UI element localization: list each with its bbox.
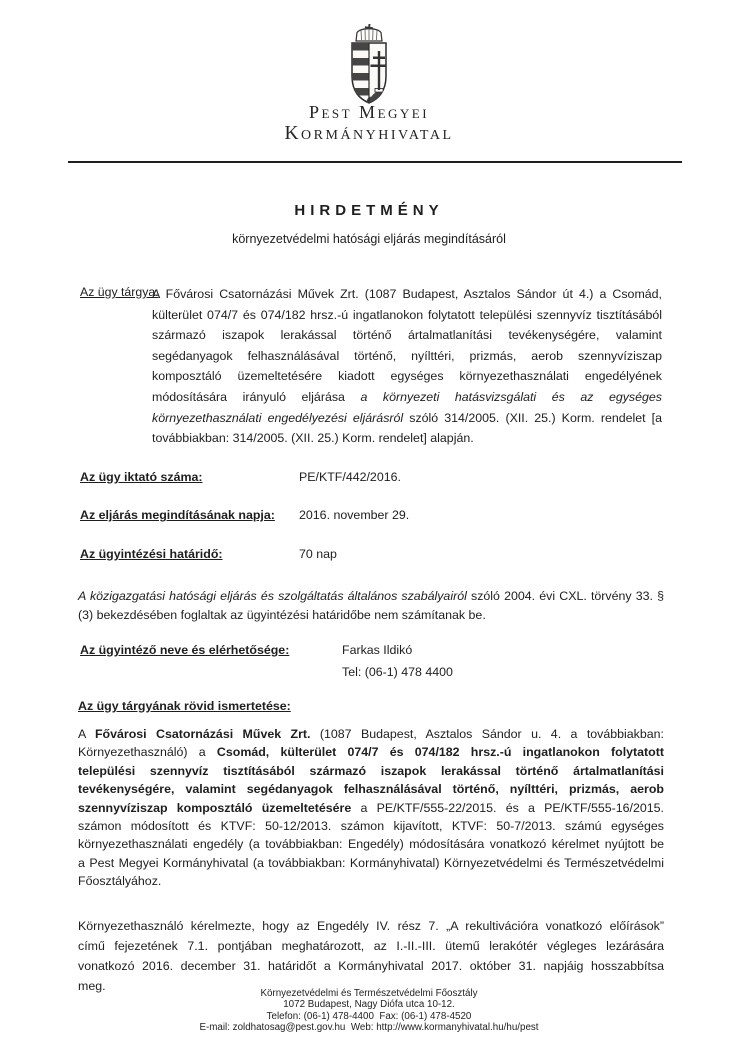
case-officer-label: Az ügyintéző neve és elérhetősége: bbox=[80, 643, 289, 657]
document-page: Pest Megyei Kormányhivatal HIRDETMÉNY kö… bbox=[0, 0, 738, 1044]
registry-row-deadline: Az ügyintézési határidő: 70 nap bbox=[80, 547, 662, 567]
registry-value-deadline: 70 nap bbox=[299, 547, 337, 561]
header-divider bbox=[68, 161, 682, 163]
footer-email-web: E-mail: zoldhatosag@pest.gov.hu Web: htt… bbox=[0, 1022, 738, 1033]
notice-title: HIRDETMÉNY bbox=[0, 202, 738, 219]
registry-value-start-date: 2016. november 29. bbox=[299, 508, 409, 522]
footer-department: Környezetvédelmi és Természetvédelmi Főo… bbox=[0, 988, 738, 999]
footer-address: 1072 Budapest, Nagy Diófa utca 10-12. bbox=[0, 999, 738, 1010]
registry-row-start-date: Az eljárás megindításának napja: 2016. n… bbox=[80, 508, 662, 528]
law-note-paragraph: A közigazgatási hatósági eljárás és szol… bbox=[78, 587, 664, 624]
footer-phone-fax: Telefon: (06-1) 478-4400 Fax: (06-1) 478… bbox=[0, 1011, 738, 1022]
footer-contact-block: Környezetvédelmi és Természetvédelmi Főo… bbox=[0, 988, 738, 1034]
hungarian-coat-of-arms-emblem bbox=[342, 24, 396, 106]
registry-label-deadline: Az ügyintézési határidő: bbox=[80, 547, 223, 561]
notice-subtitle: környezetvédelmi hatósági eljárás megind… bbox=[0, 232, 738, 246]
summary-paragraph-1: A Fővárosi Csatornázási Művek Zrt. (1087… bbox=[78, 725, 664, 891]
registry-label-case-number: Az ügy iktató száma: bbox=[80, 470, 203, 484]
summary-paragraph-2: Környezethasználó kérelmezte, hogy az En… bbox=[78, 916, 664, 996]
registry-value-case-number: PE/KTF/442/2016. bbox=[299, 470, 401, 484]
registry-row-case-number: Az ügy iktató száma: PE/KTF/442/2016. bbox=[80, 470, 662, 490]
case-subject-label: Az ügy tárgya: bbox=[80, 285, 159, 299]
org-name-line1: Pest Megyei bbox=[0, 102, 738, 123]
case-officer-phone: Tel: (06-1) 478 4400 bbox=[342, 665, 453, 679]
org-name-line2: Kormányhivatal bbox=[0, 123, 738, 145]
registry-label-start-date: Az eljárás megindításának napja: bbox=[80, 508, 275, 522]
summary-heading: Az ügy tárgyának rövid ismertetése: bbox=[78, 699, 291, 713]
case-subject-paragraph: A Fővárosi Csatornázási Művek Zrt. (1087… bbox=[152, 284, 662, 449]
case-officer-name: Farkas Ildikó bbox=[342, 643, 412, 657]
